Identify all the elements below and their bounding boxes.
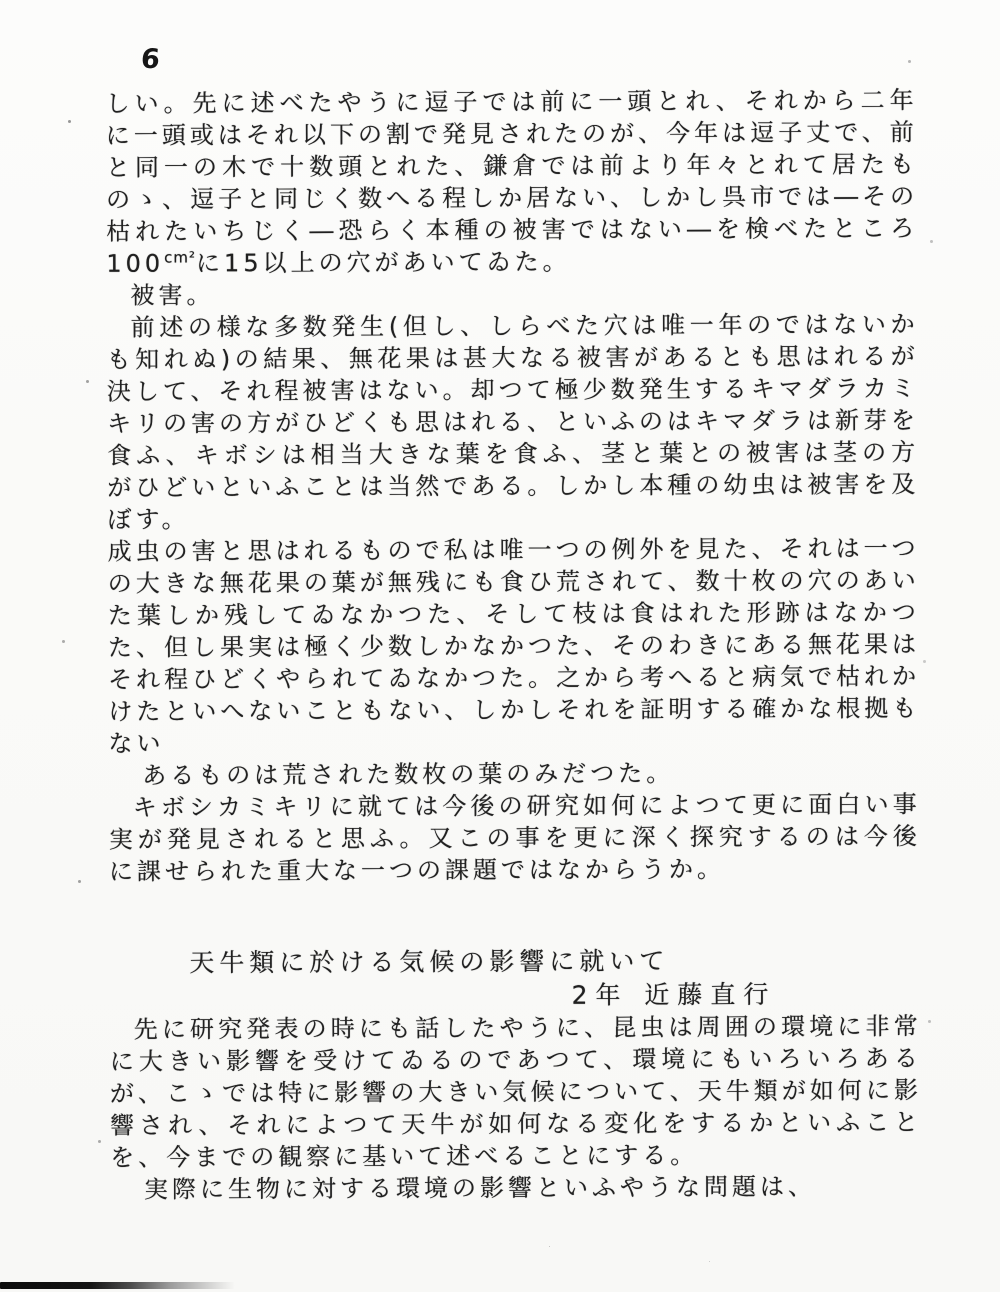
paragraph-continuation: しい。先に述べたやうに逗子では前に一頭とれ、それから二年に一頭或はそれ以下の割で… [106, 84, 919, 280]
paragraph-exception-note: あるものは荒された数枚の葉のみだつた。 [108, 756, 920, 792]
author-line: 2年 近藤直行 [571, 978, 921, 1012]
scan-artifact-bar [0, 1282, 235, 1289]
paragraph-exception: 成虫の害と思はれるもので私は唯一つの例外を見た、それは一つの大きな無花果の葉が無… [108, 532, 921, 760]
unit-superscript: cm² [164, 248, 196, 266]
page-number: 6 [140, 44, 161, 75]
paragraph-damage: 前述の様な多数発生(但し、しらべた穴は唯一年のではないかも知れぬ)の結果、無花果… [107, 308, 920, 536]
paragraph-continuation-end: に15以上の穴があいてゐた。 [196, 248, 571, 278]
paragraph-climate-intro: 先に研究発表の時にも話したやうに、昆虫は周囲の環境に非常に大きい影響を受けてゐる… [110, 1010, 923, 1174]
toner-speck-noise [68, 120, 71, 123]
handwritten-text-block: しい。先に述べたやうに逗子では前に一頭とれ、それから二年に一頭或はそれ以下の割で… [106, 84, 923, 1206]
paragraph-conclusion: キボシカミキリに就ては今後の研究如何によつて更に面白い事実が発見されると思ふ。又… [109, 788, 921, 888]
subheading-damage: 被害。 [130, 276, 918, 311]
scanned-page: 6 しい。先に述べたやうに逗子では前に一頭とれ、それから二年に一頭或はそれ以下の… [0, 0, 1000, 1292]
section-title: 天牛類に於ける気候の影響に就いて [189, 944, 921, 979]
paragraph-last-line: 実際に生物に対する環境の影響といふやうな問題は、 [110, 1170, 922, 1206]
